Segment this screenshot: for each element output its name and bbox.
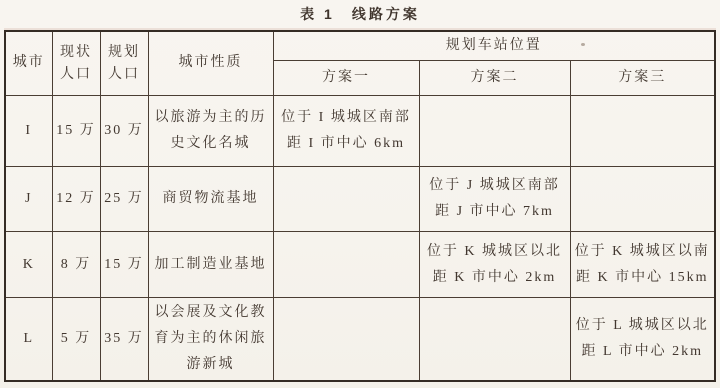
- cell-city: J: [5, 167, 52, 232]
- header-plan-3: 方案三: [570, 61, 715, 96]
- cell-plan-2: [419, 298, 570, 382]
- cell-plan-1: [273, 232, 419, 298]
- cell-planned-population: 30 万: [100, 96, 148, 167]
- cell-city-nature: 以会展及文化教育为主的休闲旅游新城: [148, 298, 273, 382]
- cell-plan-2: [419, 96, 570, 167]
- cell-planned-population: 35 万: [100, 298, 148, 382]
- cell-plan-1: [273, 298, 419, 382]
- cell-plan-3: [570, 96, 715, 167]
- cell-city: I: [5, 96, 52, 167]
- cell-city-nature: 以旅游为主的历史文化名城: [148, 96, 273, 167]
- header-planned-population: 规划 人口: [100, 31, 148, 96]
- cell-current-population: 12 万: [52, 167, 100, 232]
- cell-current-population: 8 万: [52, 232, 100, 298]
- table-row: I 15 万 30 万 以旅游为主的历史文化名城 位于 I 城城区南部 距 I …: [5, 96, 715, 167]
- table-row: J 12 万 25 万 商贸物流基地 位于 J 城城区南部 距 J 市中心 7k…: [5, 167, 715, 232]
- cell-planned-population: 25 万: [100, 167, 148, 232]
- table-row: L 5 万 35 万 以会展及文化教育为主的休闲旅游新城 位于 L 城城区以北 …: [5, 298, 715, 382]
- header-city-nature: 城市性质: [148, 31, 273, 96]
- table-title: 表 1 线路方案: [0, 3, 720, 25]
- cell-city-nature: 加工制造业基地: [148, 232, 273, 298]
- cell-plan-3: [570, 167, 715, 232]
- cell-city: L: [5, 298, 52, 382]
- scanned-document-page: { "title": "表 1 线路方案", "table": { "heade…: [0, 0, 720, 388]
- cell-plan-1: [273, 167, 419, 232]
- cell-planned-population: 15 万: [100, 232, 148, 298]
- header-row-1: 城市 现状 人口 规划 人口 城市性质 规划车站位置: [5, 31, 715, 61]
- header-plan-1: 方案一: [273, 61, 419, 96]
- header-plan-2: 方案二: [419, 61, 570, 96]
- scan-speck: [581, 43, 585, 46]
- cell-plan-2: 位于 J 城城区南部 距 J 市中心 7km: [419, 167, 570, 232]
- cell-plan-1: 位于 I 城城区南部 距 I 市中心 6km: [273, 96, 419, 167]
- cell-plan-2: 位于 K 城城区以北 距 K 市中心 2km: [419, 232, 570, 298]
- header-station-location-group: 规划车站位置: [273, 31, 715, 61]
- cell-city-nature: 商贸物流基地: [148, 167, 273, 232]
- cell-current-population: 15 万: [52, 96, 100, 167]
- header-current-population: 现状 人口: [52, 31, 100, 96]
- cell-city: K: [5, 232, 52, 298]
- header-city: 城市: [5, 31, 52, 96]
- cell-current-population: 5 万: [52, 298, 100, 382]
- cell-plan-3: 位于 L 城城区以北 距 L 市中心 2km: [570, 298, 715, 382]
- cell-plan-3: 位于 K 城城区以南 距 K 市中心 15km: [570, 232, 715, 298]
- route-plan-table: 城市 现状 人口 规划 人口 城市性质 规划车站位置 方案一 方案二 方案三 I…: [4, 30, 716, 382]
- table-row: K 8 万 15 万 加工制造业基地 位于 K 城城区以北 距 K 市中心 2k…: [5, 232, 715, 298]
